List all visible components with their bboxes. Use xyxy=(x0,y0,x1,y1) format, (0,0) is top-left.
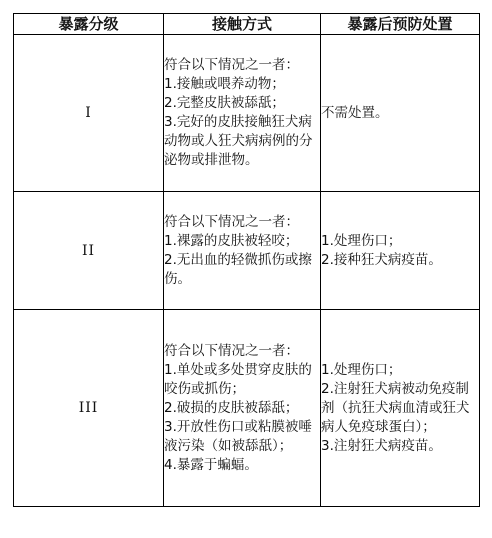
header-exposure-level: 暴露分级 xyxy=(14,14,164,35)
action-cell: 1.处理伤口； 2.接种狂犬病疫苗。 xyxy=(321,192,480,310)
contact-line: 2.无出血的轻微抓伤或擦伤。 xyxy=(164,251,320,289)
table-row: II 符合以下情况之一者： 1.裸露的皮肤被轻咬； 2.无出血的轻微抓伤或擦伤。… xyxy=(14,192,480,310)
action-line: 3.注射狂犬病疫苗。 xyxy=(321,437,479,456)
table-row: III 符合以下情况之一者： 1.单处或多处贯穿皮肤的咬伤或抓伤； 2.破损的皮… xyxy=(14,310,480,507)
exposure-level-cell: III xyxy=(14,310,164,507)
contact-line: 3.完好的皮肤接触狂犬病动物或人狂犬病病例的分泌物或排泄物。 xyxy=(164,113,320,170)
action-line: 2.注射狂犬病被动免疫制剂（抗狂犬病血清或狂犬病人免疫球蛋白）； xyxy=(321,380,479,437)
contact-method-cell: 符合以下情况之一者： 1.单处或多处贯穿皮肤的咬伤或抓伤； 2.破损的皮肤被舔舐… xyxy=(164,310,321,507)
contact-line: 2.破损的皮肤被舔舐； xyxy=(164,399,320,418)
table-row: I 符合以下情况之一者： 1.接触或喂养动物； 2.完整皮肤被舔舐； 3.完好的… xyxy=(14,35,480,192)
action-line: 2.接种狂犬病疫苗。 xyxy=(321,251,479,270)
header-contact-method: 接触方式 xyxy=(164,14,321,35)
header-post-exposure-action: 暴露后预防处置 xyxy=(321,14,480,35)
exposure-level-cell: I xyxy=(14,35,164,192)
exposure-level-cell: II xyxy=(14,192,164,310)
contact-line: 1.单处或多处贯穿皮肤的咬伤或抓伤； xyxy=(164,361,320,399)
action-cell: 1.处理伤口； 2.注射狂犬病被动免疫制剂（抗狂犬病血清或狂犬病人免疫球蛋白）；… xyxy=(321,310,480,507)
action-cell: 不需处置。 xyxy=(321,35,480,192)
action-line: 不需处置。 xyxy=(321,104,479,123)
header-row: 暴露分级 接触方式 暴露后预防处置 xyxy=(14,14,480,35)
action-line: 1.处理伤口； xyxy=(321,232,479,251)
contact-line: 1.裸露的皮肤被轻咬； xyxy=(164,232,320,251)
contact-method-cell: 符合以下情况之一者： 1.接触或喂养动物； 2.完整皮肤被舔舐； 3.完好的皮肤… xyxy=(164,35,321,192)
rabies-exposure-table: 暴露分级 接触方式 暴露后预防处置 I 符合以下情况之一者： 1.接触或喂养动物… xyxy=(13,13,480,507)
action-line: 1.处理伤口； xyxy=(321,361,479,380)
contact-line: 符合以下情况之一者： xyxy=(164,56,320,75)
contact-line: 3.开放性伤口或粘膜被唾液污染（如被舔舐）； xyxy=(164,418,320,456)
contact-line: 符合以下情况之一者： xyxy=(164,342,320,361)
contact-method-cell: 符合以下情况之一者： 1.裸露的皮肤被轻咬； 2.无出血的轻微抓伤或擦伤。 xyxy=(164,192,321,310)
contact-line: 2.完整皮肤被舔舐； xyxy=(164,94,320,113)
contact-line: 1.接触或喂养动物； xyxy=(164,75,320,94)
contact-line: 符合以下情况之一者： xyxy=(164,213,320,232)
contact-line: 4.暴露于蝙蝠。 xyxy=(164,456,320,475)
